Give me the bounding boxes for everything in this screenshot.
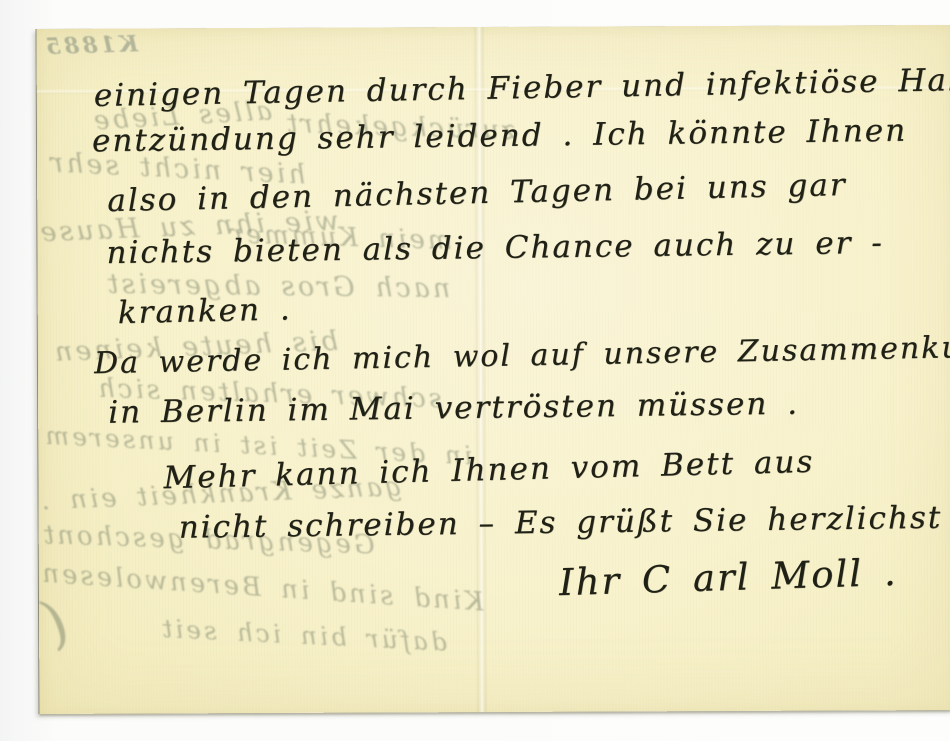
letter-line: Ihr C arl Moll .: [558, 551, 898, 604]
catalog-mark-bleedthrough: K1885: [42, 31, 138, 60]
bleed-through-layer: zurückgekehrtalles Liebehier nicht sehrw…: [37, 25, 950, 29]
letter-line: in Berlin im Mai vertrösten müssen .: [108, 386, 799, 431]
letter-page: K1885 zurückgekehrtalles Liebehier nicht…: [37, 25, 950, 714]
letter-line: nicht schreiben – Es grüßt Sie herzlichs…: [178, 500, 942, 546]
scan-background: K1885 zurückgekehrtalles Liebehier nicht…: [0, 0, 950, 741]
letter-line: einigen Tagen durch Fieber und infektiös…: [94, 62, 950, 114]
bleed-through-fragment: Kind sind in Berenwolesen: [38, 558, 484, 617]
bleed-through-fragment: (: [35, 587, 72, 658]
handwriting-layer: einigen Tagen durch Fieber und infektiös…: [37, 25, 950, 29]
letter-line: kranken .: [117, 291, 292, 331]
bleed-through-fragment: dafür bin ich seit: [159, 614, 448, 657]
